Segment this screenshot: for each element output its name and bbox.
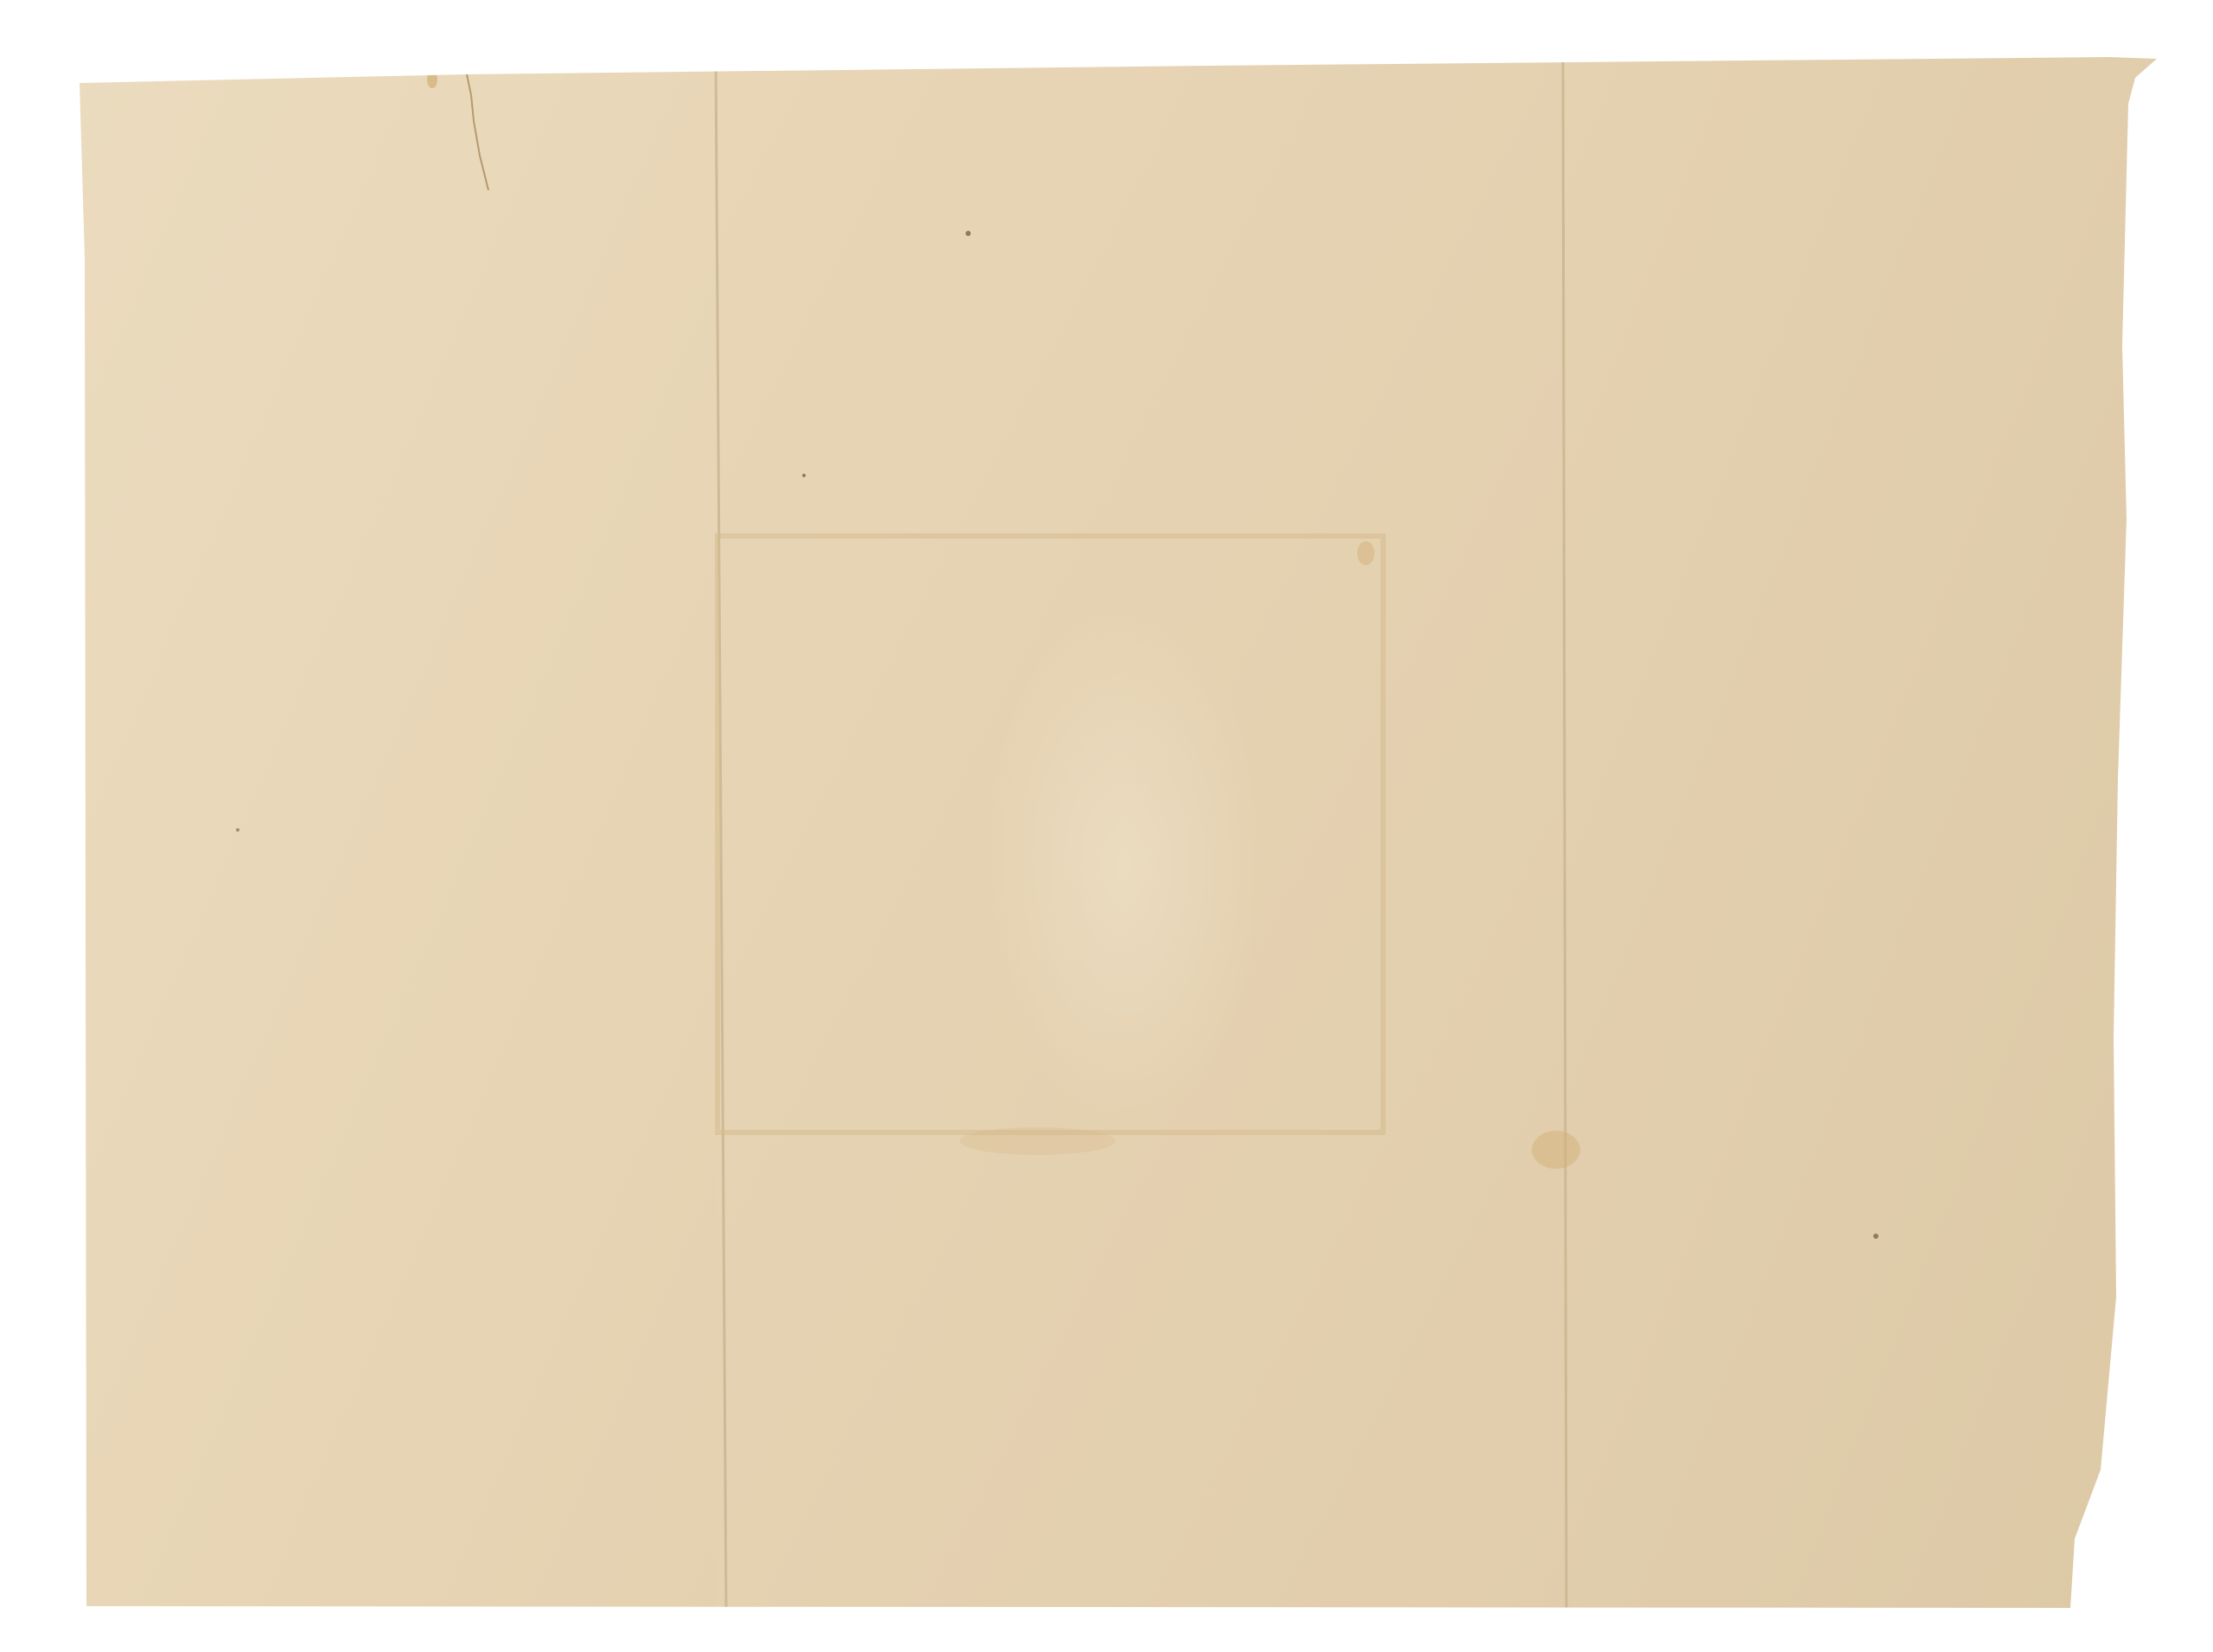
stain-spot (960, 1127, 1115, 1155)
ghost-image (985, 605, 1262, 1124)
stain-spot (1532, 1131, 1580, 1169)
stain-spot (427, 71, 437, 88)
left-panel (0, 0, 717, 1652)
stain-spot (1357, 541, 1374, 565)
speck (1873, 1234, 1878, 1239)
speck (802, 474, 806, 477)
paper-photo (0, 0, 2213, 1652)
right-panel (1565, 0, 2213, 1652)
speck (236, 828, 239, 832)
paper-sheet (0, 0, 2213, 1652)
speck (966, 231, 971, 236)
